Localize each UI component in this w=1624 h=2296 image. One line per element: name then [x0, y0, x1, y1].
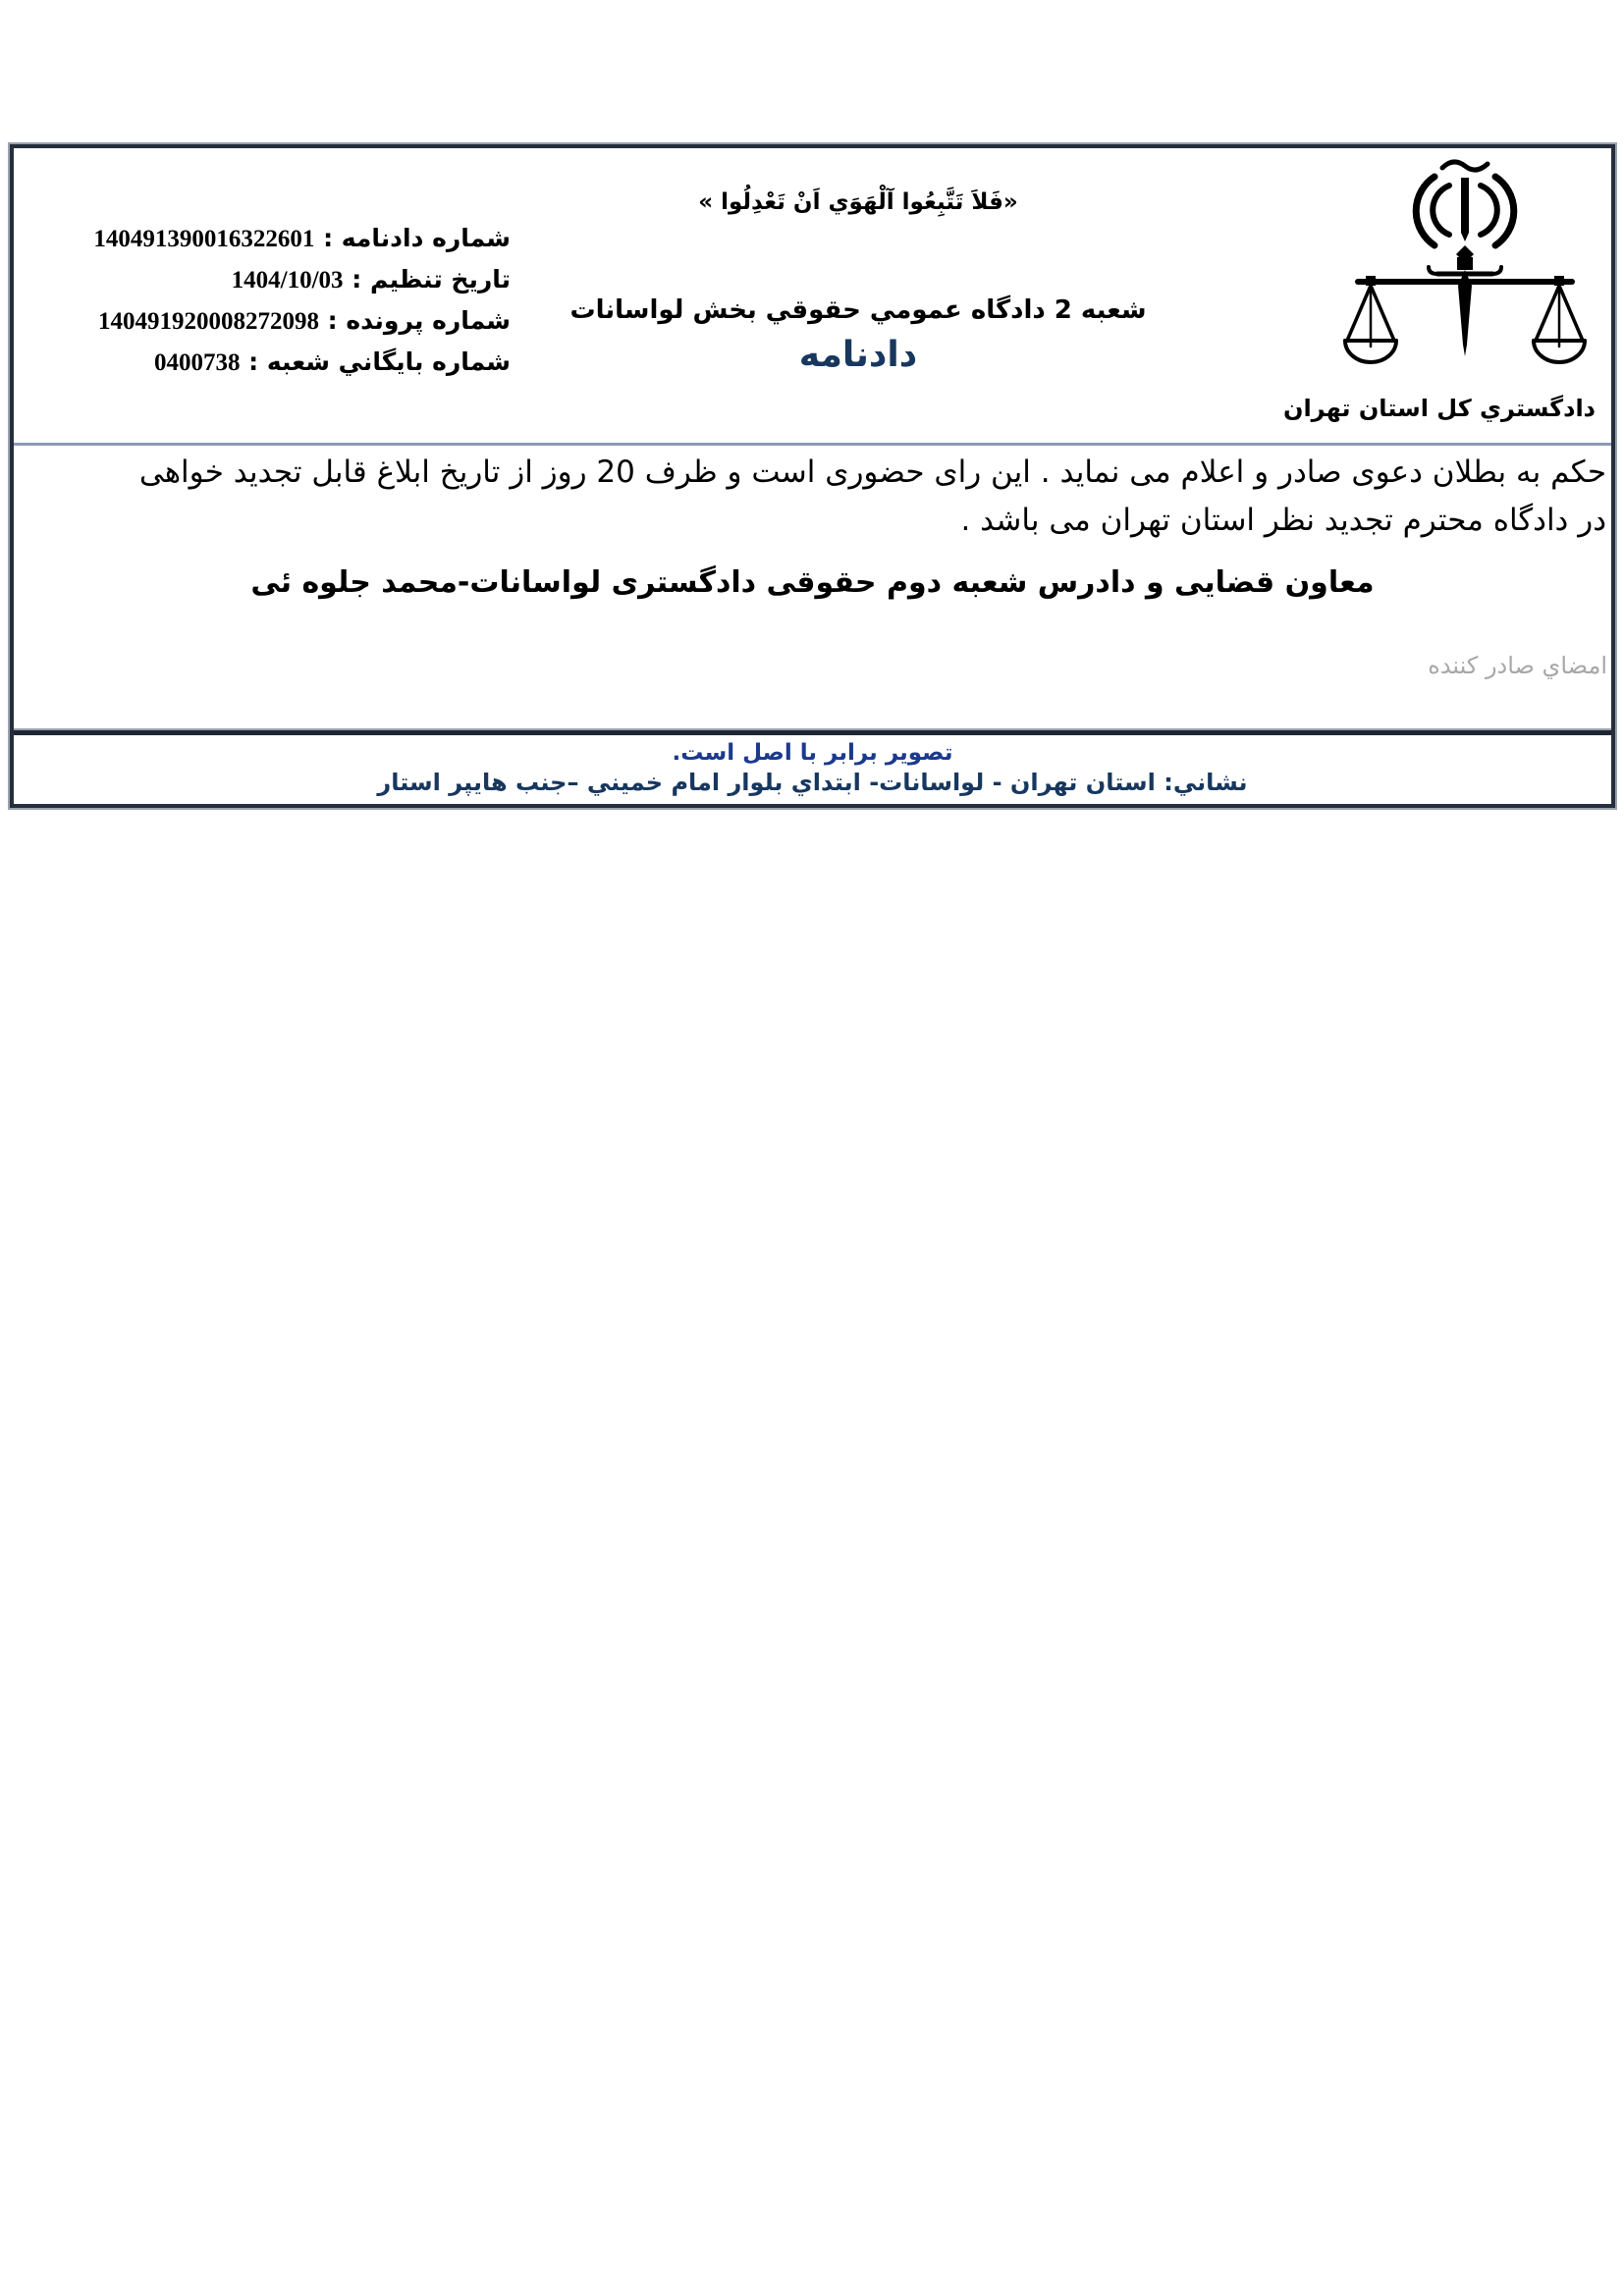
case-number-value: 140491920008272098: [98, 308, 319, 335]
judge-signature-line: معاون قضایی و دادرس شعبه دوم حقوقی دادگس…: [14, 565, 1611, 600]
archive-number-value: 0400738: [154, 349, 241, 376]
court-branch-name: شعبه 2 دادگاه عمومي حقوقي بخش لواسانات: [416, 295, 1300, 325]
separator: :: [319, 306, 346, 335]
ruling-line-1: حكم به بطلان دعوى صادر و اعلام مى نمايد …: [19, 449, 1606, 497]
judiciary-logo-block: دادگستري كل استان تهران: [1334, 152, 1596, 422]
document-footer: تصوير برابر با اصل است. نشاني: استان تهر…: [14, 730, 1611, 804]
document-title: دادنامه: [416, 335, 1300, 375]
scales-of-justice-icon: [1342, 152, 1588, 393]
certification-statement: تصوير برابر با اصل است.: [14, 738, 1611, 768]
court-judgment-page: { "document": { "header": { "verse": "«ف…: [0, 0, 1624, 2296]
header-center-block: «فَلاَ تَتَّبِعُوا آلْهَوَي اَنْ تَعْدِل…: [416, 148, 1300, 375]
separator: :: [240, 347, 266, 376]
issuer-signature-label: امضاي صادر كننده: [1428, 652, 1607, 679]
separator: :: [314, 224, 341, 252]
judgment-document-frame: شماره دادنامه : 140491390016322601 تاريخ…: [10, 144, 1615, 808]
ruling-line-2: در دادگاه محترم تجديد نظر استان تهران مى…: [19, 497, 1606, 545]
court-address: نشاني: استان تهران - لواسانات- ابتداي بل…: [14, 768, 1611, 798]
ruling-text: حكم به بطلان دعوى صادر و اعلام مى نمايد …: [14, 446, 1611, 545]
issue-date-value: 1404/10/03: [232, 267, 344, 294]
judiciary-name-caption: دادگستري كل استان تهران: [1334, 395, 1596, 422]
judgment-number-value: 140491390016322601: [93, 226, 314, 252]
document-body: حكم به بطلان دعوى صادر و اعلام مى نمايد …: [14, 446, 1611, 730]
quran-verse: «فَلاَ تَتَّبِعُوا آلْهَوَي اَنْ تَعْدِل…: [416, 189, 1300, 215]
separator: :: [344, 265, 370, 294]
document-header: شماره دادنامه : 140491390016322601 تاريخ…: [14, 148, 1611, 446]
